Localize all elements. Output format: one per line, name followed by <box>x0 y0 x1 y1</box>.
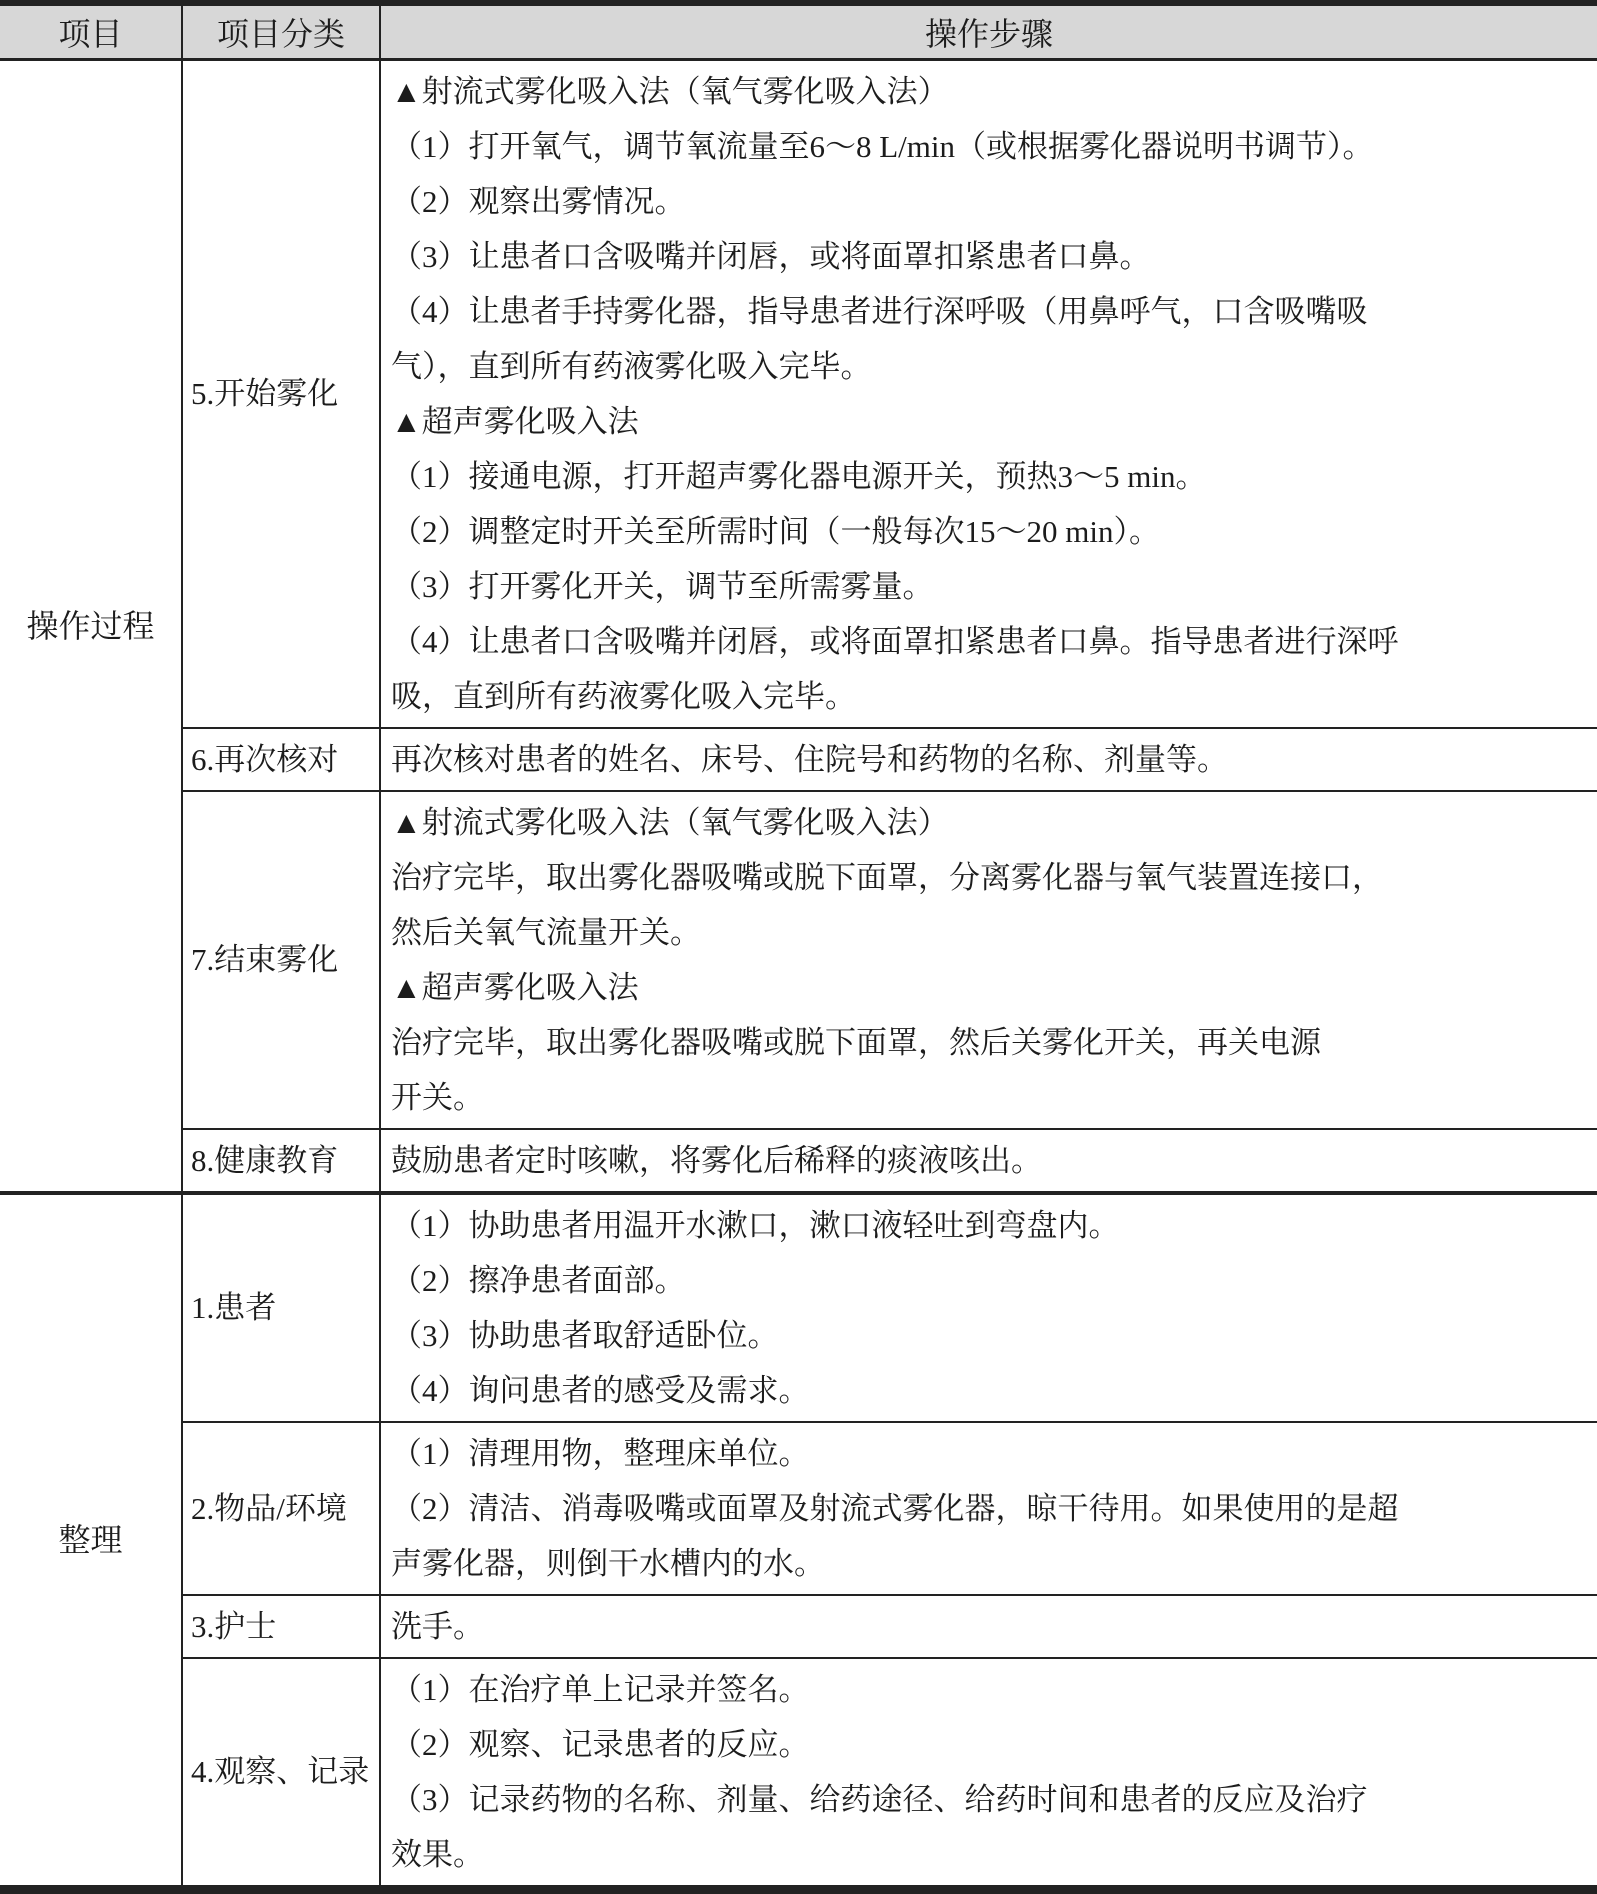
step-line: ▲超声雾化吸入法 <box>391 394 1589 449</box>
step-line: （1）清理用物，整理床单位。 <box>391 1426 1589 1481</box>
table-row: 6.再次核对再次核对患者的姓名、床号、住院号和药物的名称、剂量等。 <box>0 728 1597 791</box>
step-line: 洗手。 <box>391 1599 1589 1654</box>
category-cell: 7.结束雾化 <box>182 791 380 1129</box>
table-row: 8.健康教育鼓励患者定时咳嗽，将雾化后稀释的痰液咳出。 <box>0 1129 1597 1193</box>
steps-cell: （1）清理用物，整理床单位。（2）清洁、消毒吸嘴或面罩及射流式雾化器，晾干待用。… <box>380 1422 1597 1595</box>
step-line: （2）调整定时开关至所需时间（一般每次15～20 min）。 <box>391 504 1589 559</box>
category-cell: 5.开始雾化 <box>182 60 380 729</box>
category-cell: 3.护士 <box>182 1595 380 1658</box>
category-cell: 8.健康教育 <box>182 1129 380 1193</box>
step-line: （4）让患者手持雾化器，指导患者进行深呼吸（用鼻呼气，口含吸嘴吸 <box>391 284 1589 339</box>
step-line: 治疗完毕，取出雾化器吸嘴或脱下面罩，分离雾化器与氧气装置连接口， <box>391 850 1589 905</box>
step-line: 气），直到所有药液雾化吸入完毕。 <box>391 339 1589 394</box>
step-line: （3）打开雾化开关，调节至所需雾量。 <box>391 559 1589 614</box>
steps-cell: （1）在治疗单上记录并签名。（2）观察、记录患者的反应。（3）记录药物的名称、剂… <box>380 1658 1597 1890</box>
step-line: ▲射流式雾化吸入法（氧气雾化吸入法） <box>391 64 1589 119</box>
col-header-steps: 操作步骤 <box>380 3 1597 60</box>
table-row: 2.物品/环境（1）清理用物，整理床单位。（2）清洁、消毒吸嘴或面罩及射流式雾化… <box>0 1422 1597 1595</box>
step-line: （4）询问患者的感受及需求。 <box>391 1363 1589 1418</box>
category-cell: 2.物品/环境 <box>182 1422 380 1595</box>
step-line: （1）在治疗单上记录并签名。 <box>391 1662 1589 1717</box>
step-line: ▲超声雾化吸入法 <box>391 960 1589 1015</box>
step-line: 开关。 <box>391 1070 1589 1125</box>
steps-cell: 洗手。 <box>380 1595 1597 1658</box>
step-line: 声雾化器，则倒干水槽内的水。 <box>391 1536 1589 1591</box>
step-line: （1）协助患者用温开水漱口，漱口液轻吐到弯盘内。 <box>391 1198 1589 1253</box>
steps-cell: ▲射流式雾化吸入法（氧气雾化吸入法）治疗完毕，取出雾化器吸嘴或脱下面罩，分离雾化… <box>380 791 1597 1129</box>
item-cell: 操作过程 <box>0 60 182 1194</box>
step-line: （1）接通电源，打开超声雾化器电源开关，预热3～5 min。 <box>391 449 1589 504</box>
step-line: ▲射流式雾化吸入法（氧气雾化吸入法） <box>391 795 1589 850</box>
step-line: （1）打开氧气，调节氧流量至6～8 L/min（或根据雾化器说明书调节）。 <box>391 119 1589 174</box>
step-line: （2）擦净患者面部。 <box>391 1253 1589 1308</box>
steps-cell: 鼓励患者定时咳嗽，将雾化后稀释的痰液咳出。 <box>380 1129 1597 1193</box>
step-line: 吸，直到所有药液雾化吸入完毕。 <box>391 669 1589 724</box>
step-line: （4）让患者口含吸嘴并闭唇，或将面罩扣紧患者口鼻。指导患者进行深呼 <box>391 614 1589 669</box>
table-row: 整理1.患者（1）协助患者用温开水漱口，漱口液轻吐到弯盘内。（2）擦净患者面部。… <box>0 1193 1597 1422</box>
steps-cell: ▲射流式雾化吸入法（氧气雾化吸入法）（1）打开氧气，调节氧流量至6～8 L/mi… <box>380 60 1597 729</box>
table-row: 7.结束雾化▲射流式雾化吸入法（氧气雾化吸入法）治疗完毕，取出雾化器吸嘴或脱下面… <box>0 791 1597 1129</box>
col-header-category: 项目分类 <box>182 3 380 60</box>
table-row: 3.护士洗手。 <box>0 1595 1597 1658</box>
procedure-table: 项目 项目分类 操作步骤 操作过程5.开始雾化▲射流式雾化吸入法（氧气雾化吸入法… <box>0 0 1597 1894</box>
step-line: （2）观察出雾情况。 <box>391 174 1589 229</box>
step-line: 鼓励患者定时咳嗽，将雾化后稀释的痰液咳出。 <box>391 1133 1589 1188</box>
steps-cell: 再次核对患者的姓名、床号、住院号和药物的名称、剂量等。 <box>380 728 1597 791</box>
step-line: 然后关氧气流量开关。 <box>391 905 1589 960</box>
header-row: 项目 项目分类 操作步骤 <box>0 3 1597 60</box>
step-line: 治疗完毕，取出雾化器吸嘴或脱下面罩，然后关雾化开关，再关电源 <box>391 1015 1589 1070</box>
category-cell: 1.患者 <box>182 1193 380 1422</box>
step-line: 再次核对患者的姓名、床号、住院号和药物的名称、剂量等。 <box>391 732 1589 787</box>
item-cell: 整理 <box>0 1193 182 1890</box>
category-cell: 6.再次核对 <box>182 728 380 791</box>
table-row: 4.观察、记录（1）在治疗单上记录并签名。（2）观察、记录患者的反应。（3）记录… <box>0 1658 1597 1890</box>
step-line: （3）让患者口含吸嘴并闭唇，或将面罩扣紧患者口鼻。 <box>391 229 1589 284</box>
step-line: （3）记录药物的名称、剂量、给药途径、给药时间和患者的反应及治疗 <box>391 1772 1589 1827</box>
table-row: 操作过程5.开始雾化▲射流式雾化吸入法（氧气雾化吸入法）（1）打开氧气，调节氧流… <box>0 60 1597 729</box>
step-line: 效果。 <box>391 1827 1589 1882</box>
step-line: （3）协助患者取舒适卧位。 <box>391 1308 1589 1363</box>
steps-cell: （1）协助患者用温开水漱口，漱口液轻吐到弯盘内。（2）擦净患者面部。（3）协助患… <box>380 1193 1597 1422</box>
category-cell: 4.观察、记录 <box>182 1658 380 1890</box>
col-header-item: 项目 <box>0 3 182 60</box>
step-line: （2）清洁、消毒吸嘴或面罩及射流式雾化器，晾干待用。如果使用的是超 <box>391 1481 1589 1536</box>
step-line: （2）观察、记录患者的反应。 <box>391 1717 1589 1772</box>
